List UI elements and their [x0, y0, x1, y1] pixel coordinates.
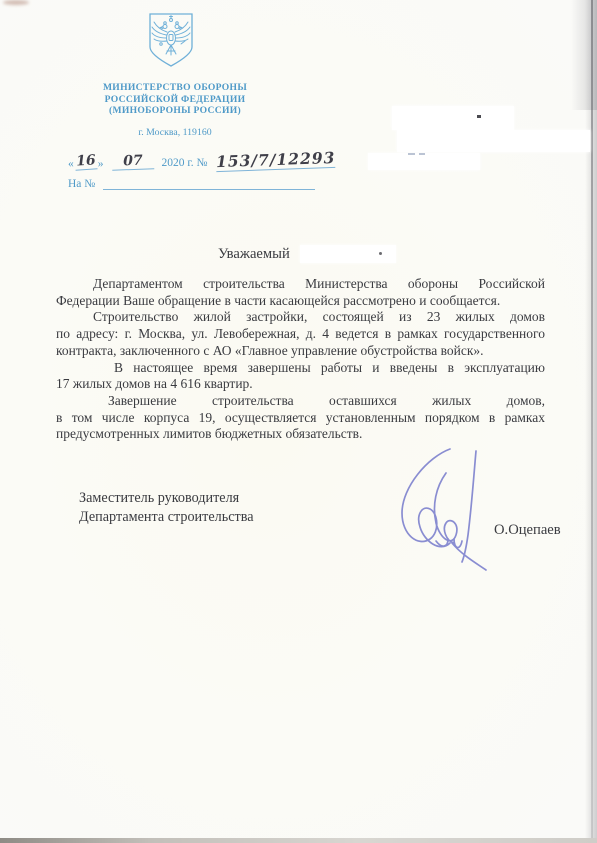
body-paragraph-4: Завершение строительства оставшихся жилы…: [56, 393, 545, 443]
org-address-line: г. Москва, 119160: [55, 127, 295, 138]
redaction-box: [392, 106, 514, 130]
scan-smudge: [3, 0, 29, 5]
recipient-name-redaction: [300, 245, 396, 263]
signer-title-line1: Заместитель руководителя: [79, 489, 254, 508]
handwritten-month: 07: [111, 152, 154, 170]
incoming-ref-row: На №: [68, 176, 315, 190]
scan-speck: [379, 252, 382, 255]
scanned-letter-page: МИНИСТЕРСТВО ОБОРОНЫ РОССИЙСКОЙ ФЕДЕРАЦИ…: [0, 0, 597, 843]
year-number-label: 2020 г. №: [162, 157, 208, 170]
handwritten-signature-icon: [388, 443, 520, 573]
salutation-prefix: Уважаемый: [218, 246, 290, 263]
org-name-block: МИНИСТЕРСТВО ОБОРОНЫ РОССИЙСКОЙ ФЕДЕРАЦИ…: [55, 82, 295, 117]
org-name-line3: (МИНОБОРОНЫ РОССИИ): [55, 105, 295, 117]
signer-title-block: Заместитель руководителя Департамента ст…: [79, 489, 254, 526]
incoming-ref-label: На №: [68, 178, 95, 190]
body-paragraph-2: Строительство жилой застройки, состоящей…: [56, 309, 545, 359]
salutation-line: Уважаемый: [218, 245, 396, 263]
scan-speck: [419, 153, 425, 155]
signer-name: О.Оцепаев: [494, 522, 561, 539]
redaction-box: [368, 153, 480, 170]
scan-edge-line: [591, 0, 593, 843]
handwritten-day: 16: [74, 152, 97, 170]
signer-title-line2: Департамента строительства: [79, 508, 254, 527]
date-number-row: « 16 » 07 2020 г. № 153/7/12293: [68, 150, 335, 170]
handwritten-outgoing-number: 153/7/12293: [215, 148, 335, 172]
letter-body: Департаментом строительства Министерства…: [56, 276, 545, 443]
scan-speck: [408, 153, 415, 155]
open-quote: «: [68, 158, 74, 170]
incoming-ref-blank-line: [103, 176, 315, 190]
org-name-line1: МИНИСТЕРСТВО ОБОРОНЫ: [55, 82, 295, 94]
russia-coat-of-arms-icon: [146, 11, 196, 69]
scan-edge-bottom: [0, 838, 597, 843]
scan-speck: [477, 115, 481, 118]
redaction-box: [397, 130, 590, 152]
body-paragraph-3: В настоящее время завершены работы и вве…: [56, 360, 545, 393]
body-paragraph-1: Департаментом строительства Министерства…: [56, 276, 545, 309]
org-name-line2: РОССИЙСКОЙ ФЕДЕРАЦИИ: [55, 94, 295, 106]
close-quote: »: [98, 158, 104, 170]
